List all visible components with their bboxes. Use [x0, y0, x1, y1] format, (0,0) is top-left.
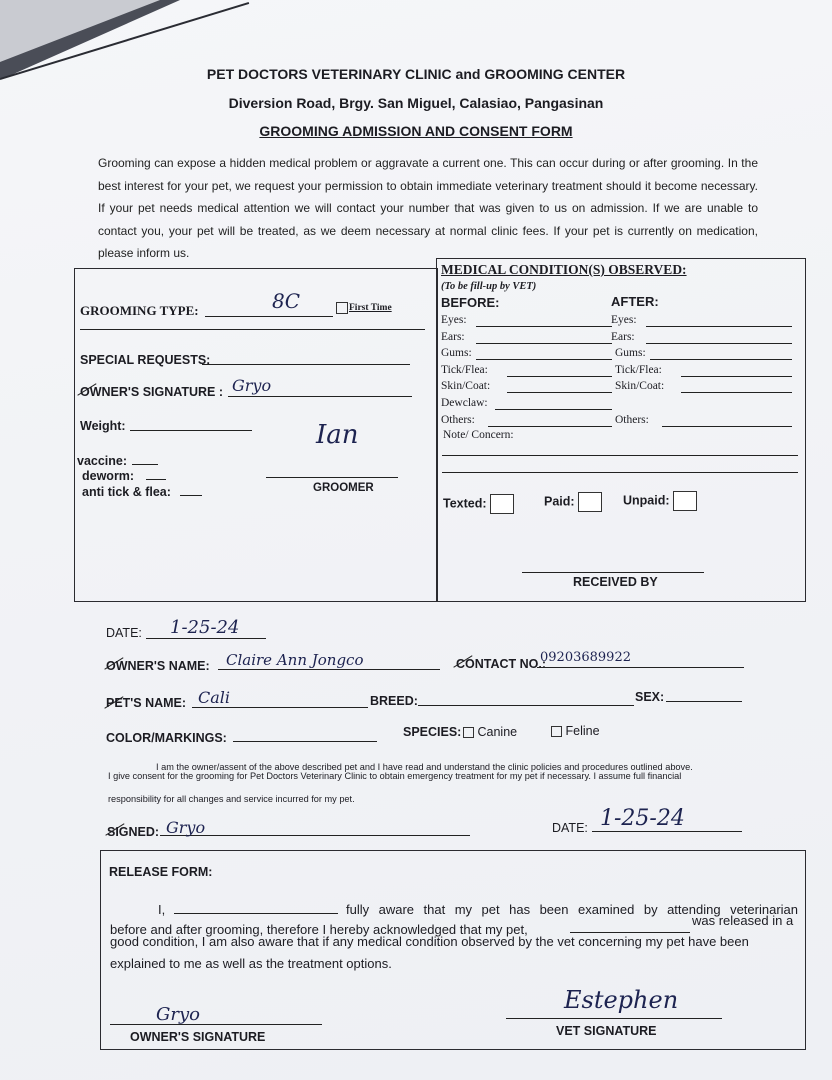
breed-label: BREED: [370, 694, 418, 708]
grooming-type-label: GROOMING TYPE: [80, 303, 199, 319]
weight-label: Weight: [80, 419, 126, 433]
date-label: DATE: [106, 626, 142, 640]
after-field-input[interactable] [646, 343, 792, 344]
deworm-field[interactable] [146, 479, 166, 480]
groomer-label: GROOMER [313, 482, 374, 494]
checkbox-icon [578, 492, 602, 512]
checkbox-icon [673, 491, 697, 511]
before-field-label: Dewclaw: [441, 397, 488, 409]
vet-signature-label: VET SIGNATURE [556, 1024, 656, 1038]
after-field-input[interactable] [650, 359, 792, 360]
breed-field[interactable] [418, 705, 634, 706]
owner-signature-value: Gryo [232, 376, 271, 395]
release-p2b: was released in a [692, 910, 793, 931]
before-field-input[interactable] [507, 392, 612, 393]
release-owner-signature-label: OWNER'S SIGNATURE [130, 1030, 265, 1044]
owner-name-label: OWNER'S NAME: [106, 659, 210, 673]
after-label: AFTER: [611, 294, 659, 309]
medical-title: MEDICAL CONDITION(S) OBSERVED: [441, 262, 687, 278]
groomer-signature-value: Ian [316, 420, 359, 450]
before-field-label: Skin/Coat: [441, 380, 490, 392]
groomer-signature-field[interactable] [266, 477, 398, 478]
unpaid-checkbox[interactable]: Unpaid: [623, 491, 697, 511]
contact-label: CONTACT NO.: [456, 657, 546, 671]
first-time-checkbox[interactable]: First Time [336, 302, 392, 314]
before-field-input[interactable] [476, 326, 612, 327]
consent-date-field[interactable] [592, 831, 742, 832]
before-field-input[interactable] [476, 343, 612, 344]
note-line-2[interactable] [442, 472, 798, 473]
contact-value: 09203689922 [540, 650, 631, 665]
before-field-label: Gums: [441, 347, 472, 359]
deworm-label: deworm: [82, 469, 134, 483]
special-requests-label: SPECIAL REQUESTS: [80, 353, 210, 367]
after-field-input[interactable] [646, 326, 792, 327]
clinic-name: PET DOCTORS VETERINARY CLINIC and GROOMI… [0, 66, 832, 82]
sex-label: SEX: [635, 690, 664, 704]
color-markings-field[interactable] [233, 741, 377, 742]
note-line-1[interactable] [442, 455, 798, 456]
grooming-type-field[interactable] [205, 316, 333, 317]
release-form-title: RELEASE FORM: [109, 865, 212, 879]
consent-date-label: DATE: [552, 821, 588, 835]
date-value: 1-25-24 [170, 617, 239, 638]
checkbox-icon [463, 727, 474, 738]
unpaid-label: Unpaid: [623, 493, 670, 507]
after-field-label: Ears: [611, 331, 635, 343]
anti-tick-field[interactable] [180, 495, 202, 496]
color-markings-label: COLOR/MARKINGS: [106, 731, 227, 745]
texted-checkbox[interactable]: Texted: [443, 494, 514, 514]
texted-label: Texted: [443, 496, 487, 510]
release-p4: explained to me as well as the treatment… [110, 953, 392, 974]
after-field-label: Tick/Flea: [615, 364, 662, 376]
vet-signature-value: Estephen [564, 986, 678, 1014]
owner-signature-field[interactable] [228, 396, 412, 397]
checkbox-icon [336, 302, 348, 314]
before-field-input[interactable] [495, 409, 612, 410]
first-time-label: First Time [349, 303, 392, 313]
before-label: BEFORE: [441, 295, 500, 310]
received-by-field[interactable] [522, 572, 704, 573]
canine-label: Canine [477, 725, 517, 739]
owner-name-value: Claire Ann Jongco [226, 651, 364, 669]
after-field-input[interactable] [662, 426, 792, 427]
after-field-input[interactable] [681, 392, 792, 393]
clinic-address: Diversion Road, Brgy. San Miguel, Calasi… [0, 95, 832, 111]
release-owner-signature-field[interactable] [110, 1024, 322, 1025]
before-field-label: Eyes: [441, 314, 467, 326]
pet-name-value: Cali [198, 688, 230, 707]
date-field[interactable] [146, 638, 266, 639]
checkbox-icon [551, 726, 562, 737]
grooming-extra-line [80, 329, 425, 330]
owner-signature-label: OWNER'S SIGNATURE : [80, 385, 223, 399]
signed-value: Gryo [166, 818, 205, 837]
consent-line-2: I give consent for the grooming for Pet … [108, 771, 681, 781]
intro-paragraph: Grooming can expose a hidden medical pro… [98, 152, 758, 265]
anti-tick-label: anti tick & flea: [82, 485, 171, 499]
release-p1a: I, [158, 899, 165, 920]
before-field-label: Others: [441, 414, 475, 426]
special-requests-field[interactable] [202, 364, 410, 365]
received-by-label: RECEIVED BY [573, 575, 658, 589]
release-owner-name-field[interactable] [174, 913, 338, 914]
pet-name-field[interactable] [192, 707, 368, 708]
vaccine-field[interactable] [132, 464, 158, 465]
note-concern-label: Note/ Concern: [443, 429, 514, 441]
consent-date-value: 1-25-24 [600, 806, 685, 831]
checkbox-icon [490, 494, 514, 514]
signed-label: SIGNED: [107, 825, 159, 839]
feline-label: Feline [565, 724, 599, 738]
species-label: SPECIES: [403, 725, 461, 739]
paid-label: Paid: [544, 494, 575, 508]
after-field-label: Gums: [615, 347, 646, 359]
sex-field[interactable] [666, 701, 742, 702]
before-field-label: Tick/Flea: [441, 364, 488, 376]
owner-name-field[interactable] [218, 669, 440, 670]
vet-signature-field[interactable] [506, 1018, 722, 1019]
form-title: GROOMING ADMISSION AND CONSENT FORM [0, 123, 832, 139]
release-owner-signature-value: Gryo [156, 1004, 200, 1025]
consent-line-3: responsibility for all changes and servi… [108, 794, 355, 804]
before-field-input[interactable] [476, 359, 612, 360]
species-feline-option[interactable]: Feline [551, 724, 600, 738]
signed-field[interactable] [160, 835, 470, 836]
medical-subtitle: (To be fill-up by VET) [441, 281, 536, 292]
paid-checkbox[interactable]: Paid: [544, 492, 602, 512]
weight-field[interactable] [130, 430, 252, 431]
after-field-label: Others: [615, 414, 649, 426]
species-canine-option[interactable]: Canine [463, 725, 517, 739]
vaccine-label: vaccine: [77, 454, 127, 468]
after-field-input[interactable] [681, 376, 792, 377]
pet-name-label: PET'S NAME: [106, 696, 186, 710]
before-field-input[interactable] [488, 426, 612, 427]
release-p3: good condition, I am also aware that if … [110, 931, 800, 952]
after-field-label: Skin/Coat: [615, 380, 664, 392]
before-field-label: Ears: [441, 331, 465, 343]
after-field-label: Eyes: [611, 314, 637, 326]
grooming-type-value: 8C [272, 289, 300, 313]
before-field-input[interactable] [507, 376, 612, 377]
contact-field[interactable] [537, 667, 744, 668]
